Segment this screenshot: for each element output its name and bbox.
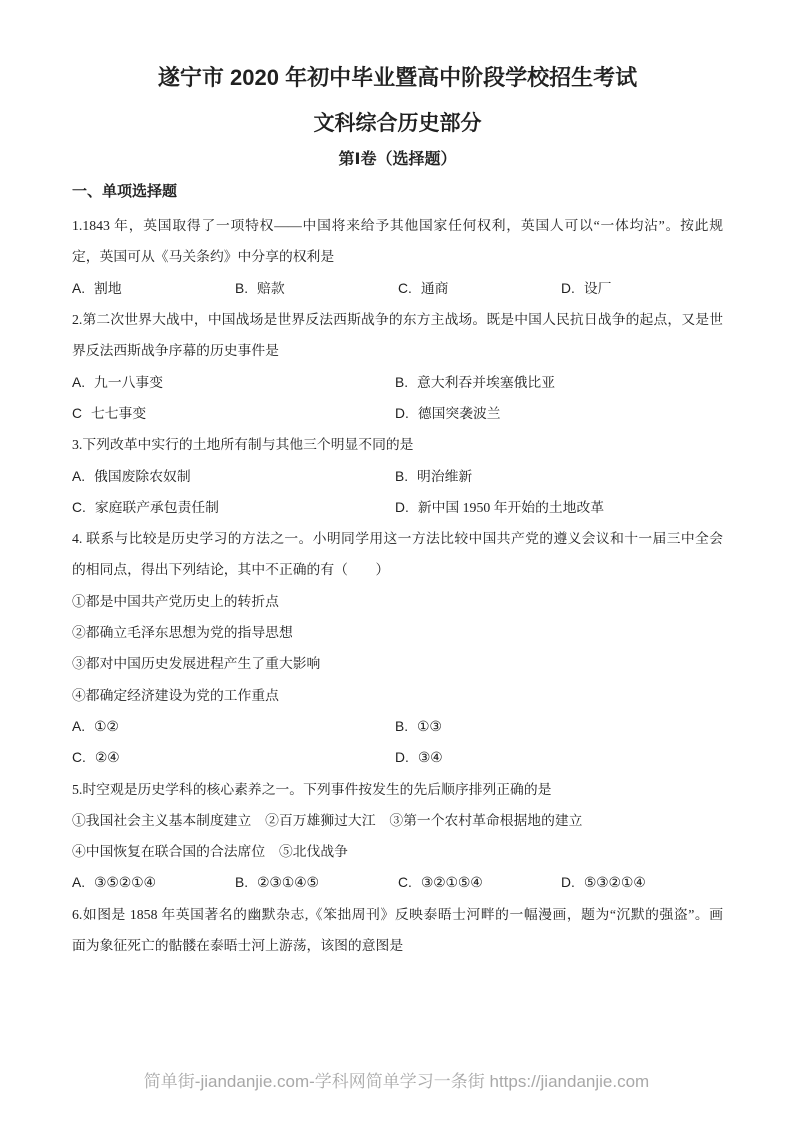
option-text: ⑤③②①④ bbox=[584, 875, 646, 890]
question-3-option-d: D.新中国 1950 年开始的土地改革 bbox=[395, 492, 723, 523]
option-text: 意大利吞并埃塞俄比亚 bbox=[417, 375, 555, 390]
question-4-options-row-1: A.①② B.①③ bbox=[72, 711, 723, 742]
option-label: D. bbox=[395, 406, 409, 421]
option-text: 通商 bbox=[421, 281, 449, 296]
option-label: B. bbox=[235, 875, 248, 890]
option-label: A. bbox=[72, 281, 85, 296]
option-text: ①③ bbox=[417, 719, 442, 734]
question-4-stem-line-1: 4. 联系与比较是历史学习的方法之一。小明同学用这一方法比较中国共产党的遵义会议… bbox=[72, 523, 723, 554]
question-5: 5.时空观是历史学科的核心素养之一。下列事件按发生的先后顺序排列正确的是 ①我国… bbox=[72, 774, 723, 899]
question-5-item-line-1: ①我国社会主义基本制度建立 ②百万雄狮过大江 ③第一个农村革命根据地的建立 bbox=[72, 805, 723, 836]
option-label: A. bbox=[72, 469, 85, 484]
exam-subtitle: 文科综合历史部分 bbox=[72, 110, 723, 137]
volume-heading: 第Ⅰ卷（选择题） bbox=[72, 150, 723, 171]
option-text: 明治维新 bbox=[417, 469, 472, 484]
question-5-stem-line-1: 5.时空观是历史学科的核心素养之一。下列事件按发生的先后顺序排列正确的是 bbox=[72, 774, 723, 805]
question-1-option-d: D.设厂 bbox=[561, 273, 723, 304]
question-6-stem-line-1: 6.如图是 1858 年英国著名的幽默杂志,《笨拙周刊》反映泰晤士河畔的一幅漫画… bbox=[72, 899, 723, 930]
option-label: C. bbox=[72, 750, 86, 765]
question-4-option-b: B.①③ bbox=[395, 711, 723, 742]
question-4-option-a: A.①② bbox=[72, 711, 395, 742]
option-text: 家庭联产承包责任制 bbox=[95, 500, 219, 515]
question-2-stem-line-1: 2.第二次世界大战中，中国战场是世界反法西斯战争的东方主战场。既是中国人民抗日战… bbox=[72, 304, 723, 335]
question-5-options-row: A.③⑤②①④ B.②③①④⑤ C.③②①⑤④ D.⑤③②①④ bbox=[72, 867, 723, 898]
option-text: 七七事变 bbox=[91, 406, 146, 421]
question-2-stem-line-2: 界反法西斯战争序幕的历史事件是 bbox=[72, 335, 723, 366]
question-1-options-row: A.割地 B.赔款 C.通商 D.设厂 bbox=[72, 273, 723, 304]
question-1-stem-line-1: 1.1843 年，英国取得了一项特权——中国将来给予其他国家任何权利，英国人可以… bbox=[72, 210, 723, 241]
question-6-stem-line-2: 面为象征死亡的骷髅在泰晤士河上游荡，该图的意图是 bbox=[72, 930, 723, 961]
question-5-option-a: A.③⑤②①④ bbox=[72, 867, 235, 898]
option-text: 设厂 bbox=[584, 281, 612, 296]
question-1-option-c: C.通商 bbox=[398, 273, 561, 304]
question-4-option-c: C.②④ bbox=[72, 742, 395, 773]
option-text: 割地 bbox=[94, 281, 122, 296]
option-label: B. bbox=[395, 375, 408, 390]
question-5-option-b: B.②③①④⑤ bbox=[235, 867, 398, 898]
option-text: 九一八事变 bbox=[94, 375, 163, 390]
question-3-options-row-1: A.俄国废除农奴制 B.明治维新 bbox=[72, 461, 723, 492]
option-text: ①② bbox=[94, 719, 119, 734]
option-text: 新中国 1950 年开始的土地改革 bbox=[418, 500, 604, 515]
option-text: ③⑤②①④ bbox=[94, 875, 156, 890]
option-text: 俄国废除农奴制 bbox=[94, 469, 191, 484]
question-3-option-b: B.明治维新 bbox=[395, 461, 723, 492]
question-2-option-c: C七七事变 bbox=[72, 398, 395, 429]
option-label: A. bbox=[72, 719, 85, 734]
exam-document-page: 遂宁市 2020 年初中毕业暨高中阶段学校招生考试 文科综合历史部分 第Ⅰ卷（选… bbox=[0, 0, 793, 1122]
question-6: 6.如图是 1858 年英国著名的幽默杂志,《笨拙周刊》反映泰晤士河畔的一幅漫画… bbox=[72, 899, 723, 962]
option-label: D. bbox=[561, 281, 575, 296]
question-4-option-d: D.③④ bbox=[395, 742, 723, 773]
question-4-stem-line-2: 的相同点，得出下列结论，其中不正确的有（ ） bbox=[72, 554, 723, 585]
question-2: 2.第二次世界大战中，中国战场是世界反法西斯战争的东方主战场。既是中国人民抗日战… bbox=[72, 304, 723, 429]
question-5-item-line-2: ④中国恢复在联合国的合法席位 ⑤北伐战争 bbox=[72, 836, 723, 867]
option-text: ②③①④⑤ bbox=[257, 875, 319, 890]
question-2-options-row-2: C七七事变 D.德国突袭波兰 bbox=[72, 398, 723, 429]
option-text: ③④ bbox=[418, 750, 443, 765]
option-label: C bbox=[72, 406, 82, 421]
option-label: D. bbox=[561, 875, 575, 890]
question-4-options-row-2: C.②④ D.③④ bbox=[72, 742, 723, 773]
option-label: B. bbox=[235, 281, 248, 296]
question-2-options-row-1: A.九一八事变 B.意大利吞并埃塞俄比亚 bbox=[72, 367, 723, 398]
question-2-option-b: B.意大利吞并埃塞俄比亚 bbox=[395, 367, 723, 398]
option-label: B. bbox=[395, 469, 408, 484]
option-label: C. bbox=[398, 281, 412, 296]
question-3-options-row-2: C.家庭联产承包责任制 D.新中国 1950 年开始的土地改革 bbox=[72, 492, 723, 523]
question-3-stem-line-1: 3.下列改革中实行的土地所有制与其他三个明显不同的是 bbox=[72, 429, 723, 460]
question-3-option-c: C.家庭联产承包责任制 bbox=[72, 492, 395, 523]
question-4-item-2: ②都确立毛泽东思想为党的指导思想 bbox=[72, 617, 723, 648]
question-5-option-d: D.⑤③②①④ bbox=[561, 867, 723, 898]
option-label: B. bbox=[395, 719, 408, 734]
question-4: 4. 联系与比较是历史学习的方法之一。小明同学用这一方法比较中国共产党的遵义会议… bbox=[72, 523, 723, 773]
option-label: C. bbox=[72, 500, 86, 515]
section-heading: 一、单项选择题 bbox=[72, 182, 723, 202]
question-3: 3.下列改革中实行的土地所有制与其他三个明显不同的是 A.俄国废除农奴制 B.明… bbox=[72, 429, 723, 523]
option-label: C. bbox=[398, 875, 412, 890]
option-text: ②④ bbox=[95, 750, 120, 765]
question-2-option-d: D.德国突袭波兰 bbox=[395, 398, 723, 429]
exam-title: 遂宁市 2020 年初中毕业暨高中阶段学校招生考试 bbox=[72, 64, 723, 93]
option-label: A. bbox=[72, 875, 85, 890]
question-4-item-3: ③都对中国历史发展进程产生了重大影响 bbox=[72, 648, 723, 679]
document-content: 遂宁市 2020 年初中毕业暨高中阶段学校招生考试 文科综合历史部分 第Ⅰ卷（选… bbox=[0, 0, 793, 961]
question-1: 1.1843 年，英国取得了一项特权——中国将来给予其他国家任何权利，英国人可以… bbox=[72, 210, 723, 304]
option-text: ③②①⑤④ bbox=[421, 875, 483, 890]
question-5-option-c: C.③②①⑤④ bbox=[398, 867, 561, 898]
option-text: 德国突袭波兰 bbox=[418, 406, 501, 421]
option-label: D. bbox=[395, 750, 409, 765]
option-label: D. bbox=[395, 500, 409, 515]
question-1-stem-line-2: 定，英国可从《马关条约》中分享的权利是 bbox=[72, 241, 723, 272]
question-4-item-1: ①都是中国共产党历史上的转折点 bbox=[72, 586, 723, 617]
option-text: 赔款 bbox=[257, 281, 285, 296]
question-1-option-b: B.赔款 bbox=[235, 273, 398, 304]
question-4-item-4: ④都确定经济建设为党的工作重点 bbox=[72, 680, 723, 711]
question-3-option-a: A.俄国废除农奴制 bbox=[72, 461, 395, 492]
watermark-footer: 简单街-jiandanjie.com-学科网简单学习一条街 https://ji… bbox=[0, 1072, 793, 1092]
question-2-option-a: A.九一八事变 bbox=[72, 367, 395, 398]
question-1-option-a: A.割地 bbox=[72, 273, 235, 304]
option-label: A. bbox=[72, 375, 85, 390]
